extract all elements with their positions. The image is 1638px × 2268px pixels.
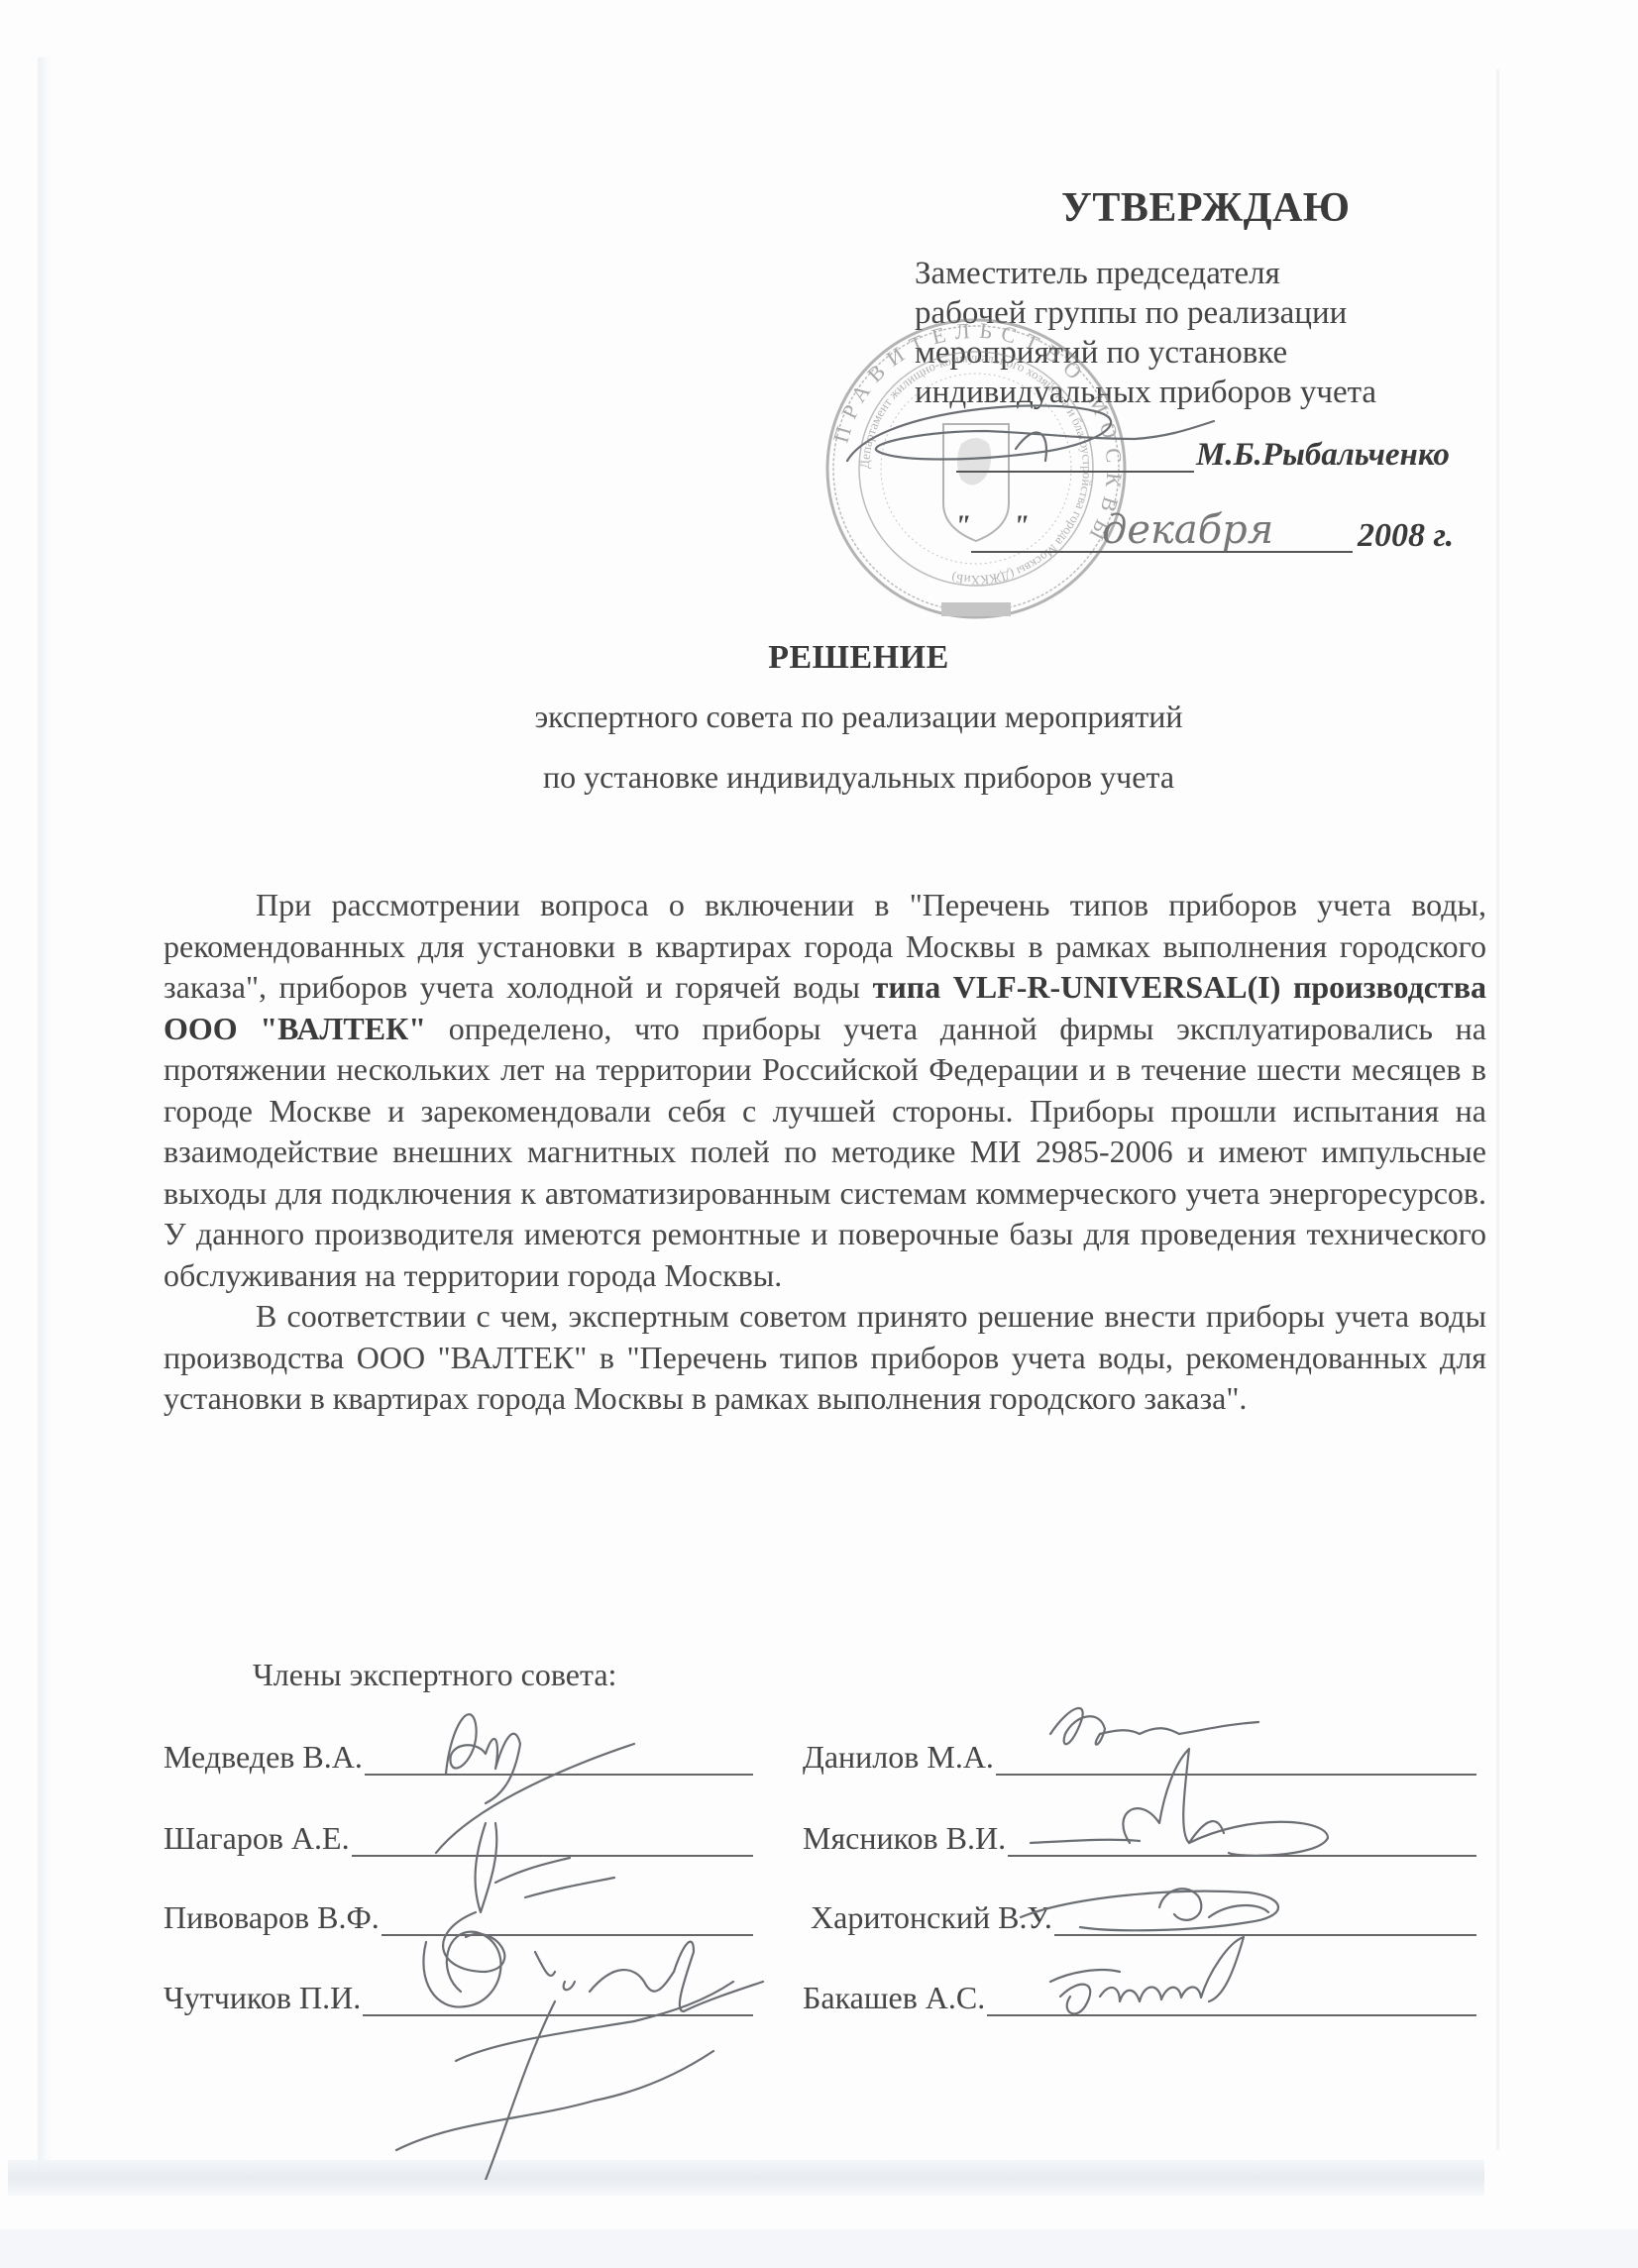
document-title: РЕШЕНИЕ — [0, 639, 1638, 677]
member-row-left-2: Шагаров А.Е. — [164, 1817, 753, 1857]
member-row-left-4: Чутчиков П.И. — [164, 1977, 753, 2016]
member-row-right-3: Харитонский В.У. — [811, 1896, 1476, 1936]
members-heading: Члены экспертного совета: — [253, 1657, 616, 1693]
approver-position-line-1: Заместитель председателя — [915, 256, 1280, 292]
member-name: Чутчиков П.И. — [164, 1980, 361, 2016]
member-name: Медведев В.А. — [164, 1739, 363, 1776]
member-name: Харитонский В.У. — [811, 1899, 1052, 1936]
member-name: Шагаров А.Е. — [164, 1820, 350, 1857]
scan-edge-left — [38, 57, 52, 2168]
document-body: При рассмотрении вопроса о включении в "… — [164, 885, 1486, 1420]
member-row-left-3: Пивоваров В.Ф. — [164, 1896, 753, 1936]
approver-name: М.Б.Рыбальченко — [1196, 437, 1450, 474]
paragraph-1: При рассмотрении вопроса о включении в "… — [164, 885, 1486, 1296]
approval-heading: УТВЕРЖДАЮ — [1061, 184, 1351, 232]
member-name: Бакашев А.С. — [803, 1980, 985, 2016]
scan-shadow-band — [8, 2160, 1484, 2196]
signature-line — [365, 1744, 753, 1776]
member-row-right-2: Мясников В.И. — [803, 1817, 1476, 1857]
member-row-right-4: Бакашев А.С. — [803, 1977, 1476, 2016]
paragraph-1-text-b: определено, что приборы учета данной фир… — [164, 1011, 1486, 1293]
member-row-left-1: Медведев В.А. — [164, 1736, 753, 1776]
paragraph-2: В соответствии с чем, экспертным советом… — [164, 1296, 1486, 1420]
signature-line — [987, 1985, 1476, 2016]
date-month-handwritten: декабря — [1102, 507, 1273, 553]
official-seal-stamp: ПРАВИТЕЛЬСТВО МОСКВЫ Департамент жилищно… — [822, 315, 1130, 622]
date-quote-close: " — [1013, 509, 1030, 543]
scan-edge-right — [1496, 69, 1499, 2150]
signature-line — [352, 1825, 753, 1857]
signature-line — [382, 1904, 753, 1936]
document-subtitle-line-1: экспертного совета по реализации меропри… — [0, 699, 1638, 735]
signature-line — [363, 1985, 753, 2016]
scan-bottom-margin — [0, 2229, 1638, 2268]
approver-signature-line — [956, 471, 1194, 473]
member-row-right-1: Данилов М.А. — [803, 1736, 1476, 1776]
document-subtitle-line-2: по установке индивидуальных приборов уче… — [0, 759, 1638, 796]
signature-line — [1008, 1825, 1476, 1857]
member-name: Данилов М.А. — [803, 1739, 994, 1776]
member-name: Мясников В.И. — [803, 1820, 1006, 1857]
member-name: Пивоваров В.Ф. — [164, 1899, 380, 1936]
signature-line — [996, 1744, 1476, 1776]
signature-line — [1054, 1904, 1476, 1936]
date-quote-open: " — [954, 509, 971, 543]
date-year: 2008 г. — [1358, 517, 1454, 555]
